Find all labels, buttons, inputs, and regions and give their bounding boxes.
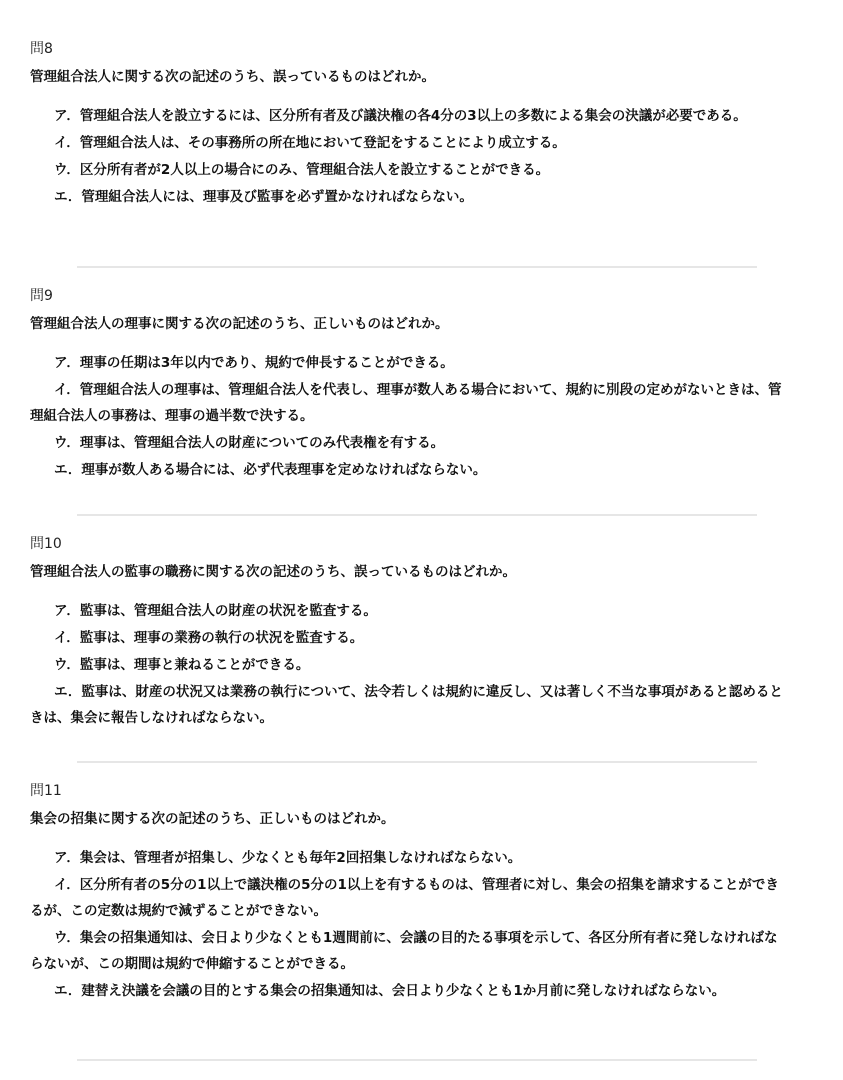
option-e: エ．理事が数人ある場合には、必ず代表理事を定めなければならない。 bbox=[30, 457, 790, 483]
option-a: ア．理事の任期は3年以内であり、規約で伸長することができる。 bbox=[30, 350, 790, 376]
question-number: 問8 bbox=[30, 40, 790, 58]
option-u: ウ．監事は、理事と兼ねることができる。 bbox=[30, 652, 790, 678]
option-e: エ．監事は、財産の状況又は業務の執行について、法令若しくは規約に違反し、又は著し… bbox=[30, 679, 790, 731]
section-divider bbox=[77, 1059, 757, 1061]
question-text: 管理組合法人の監事の職務に関する次の記述のうち、誤っているものはどれか。 bbox=[30, 563, 790, 581]
question-10: 問10 管理組合法人の監事の職務に関する次の記述のうち、誤っているものはどれか。… bbox=[30, 535, 790, 732]
option-i: イ．管理組合法人は、その事務所の所在地において登記をすることにより成立する。 bbox=[30, 130, 790, 156]
section-divider bbox=[77, 514, 757, 516]
option-i: イ．管理組合法人の理事は、管理組合法人を代表し、理事が数人ある場合において、規約… bbox=[30, 377, 790, 429]
section-divider bbox=[77, 266, 757, 268]
option-u: ウ．区分所有者が2人以上の場合にのみ、管理組合法人を設立することができる。 bbox=[30, 157, 790, 183]
option-list: ア．集会は、管理者が招集し、少なくとも毎年2回招集しなければならない。 イ．区分… bbox=[30, 845, 790, 1004]
option-a: ア．集会は、管理者が招集し、少なくとも毎年2回招集しなければならない。 bbox=[30, 845, 790, 871]
option-list: ア．管理組合法人を設立するには、区分所有者及び議決権の各4分の3以上の多数による… bbox=[30, 103, 790, 210]
question-text: 管理組合法人の理事に関する次の記述のうち、正しいものはどれか。 bbox=[30, 315, 790, 333]
question-11: 問11 集会の招集に関する次の記述のうち、正しいものはどれか。 ア．集会は、管理… bbox=[30, 782, 790, 1005]
option-u: ウ．集会の招集通知は、会日より少なくとも1週間前に、会議の目的たる事項を示して、… bbox=[30, 925, 790, 977]
option-list: ア．理事の任期は3年以内であり、規約で伸長することができる。 イ．管理組合法人の… bbox=[30, 350, 790, 483]
section-divider bbox=[77, 761, 757, 763]
option-list: ア．監事は、管理組合法人の財産の状況を監査する。 イ．監事は、理事の業務の執行の… bbox=[30, 598, 790, 731]
question-number: 問11 bbox=[30, 782, 790, 800]
question-8: 問8 管理組合法人に関する次の記述のうち、誤っているものはどれか。 ア．管理組合… bbox=[30, 40, 790, 211]
option-i: イ．監事は、理事の業務の執行の状況を監査する。 bbox=[30, 625, 790, 651]
option-i: イ．区分所有者の5分の1以上で議決権の5分の1以上を有するものは、管理者に対し、… bbox=[30, 872, 790, 924]
option-e: エ．建替え決議を会議の目的とする集会の招集通知は、会日より少なくとも1か月前に発… bbox=[30, 978, 790, 1004]
option-e: エ．管理組合法人には、理事及び監事を必ず置かなければならない。 bbox=[30, 184, 790, 210]
question-number: 問10 bbox=[30, 535, 790, 553]
question-9: 問9 管理組合法人の理事に関する次の記述のうち、正しいものはどれか。 ア．理事の… bbox=[30, 287, 790, 484]
question-text: 集会の招集に関する次の記述のうち、正しいものはどれか。 bbox=[30, 810, 790, 828]
question-number: 問9 bbox=[30, 287, 790, 305]
option-a: ア．管理組合法人を設立するには、区分所有者及び議決権の各4分の3以上の多数による… bbox=[30, 103, 790, 129]
option-u: ウ．理事は、管理組合法人の財産についてのみ代表権を有する。 bbox=[30, 430, 790, 456]
question-text: 管理組合法人に関する次の記述のうち、誤っているものはどれか。 bbox=[30, 68, 790, 86]
option-a: ア．監事は、管理組合法人の財産の状況を監査する。 bbox=[30, 598, 790, 624]
